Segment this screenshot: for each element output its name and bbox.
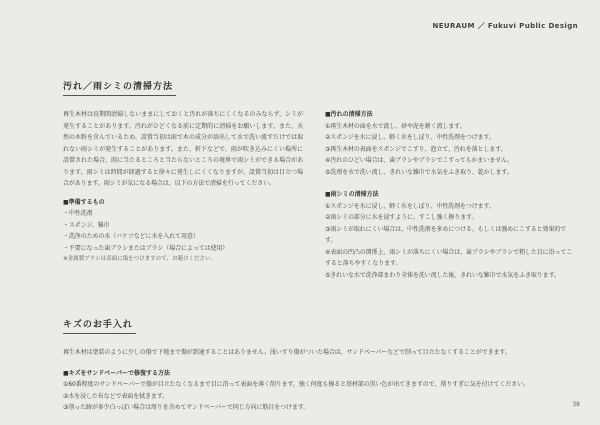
column-right: ■汚れの清掃方法 ①再生木材の面を水で流し、砂や泥を軽く流します。 ②スポンジを… [325,109,575,281]
section-title-cleaning: 汚れ／雨シミの清掃方法 [63,79,176,96]
list-item: ②スポンジを水に浸し、軽く水をしぼり、中性洗剤をつけます。 [325,132,575,144]
page-content: 汚れ／雨シミの清掃方法 再生木材は長期間清掃しないままにしておくと汚れが落ちにく… [63,74,575,414]
list-item: ⑤洗剤を水で洗い流し、きれいな雑巾で水気をふき取り、乾かします。 [325,167,575,179]
cleaning-intro-paragraph: 再生木材は長期間清掃しないままにしておくと汚れが落ちにくくなるのみならず、シミが… [63,109,303,190]
section-scratch-care: キズのお手入れ 再生木材は塗装のように少しの傷で下地まで傷が到達することはありま… [63,312,575,414]
section-title-scratch: キズのお手入れ [63,317,136,334]
list-item: ①60番程度のサンドペーパーで傷が目立たなくなるまで目に沿って表面を薄く削ります… [63,379,575,391]
list-item: ④表面の凹凸の関係上、雨シミが落ちにくい場合は、歯ブラシやブラシで粗した目に沿っ… [325,247,575,270]
page-number: 38 [572,401,580,408]
list-item: ③雨シミが取れにくい場合は、中性洗剤を多めにつける、もしくは強めにこすると効果的… [325,224,575,247]
list-item: ③再生木材の表面をスポンジでこすり、泡立て、汚れを落とします。 [325,144,575,156]
document-page: NEURAUM ／ Fukuvi Public Design 汚れ／雨シミの清掃… [0,0,600,425]
prepare-note: ※金属製ブラシは表面に傷をつけますので、お避けください。 [63,254,303,266]
rain-stain-method-heading: ■雨シミの清掃方法 [325,189,575,201]
list-item: ②水を浸した布などで表面を拭きます。 [63,391,575,403]
repair-method-heading: ■キズをサンドペーパーで修復する方法 [63,368,575,380]
list-item: ・中性洗剤 [63,208,303,220]
list-item: ①再生木材の面を水で流し、砂や泥を軽く流します。 [325,121,575,133]
list-item: ②雨シミの部分に水を浸すように、すこし強く擦ります。 [325,212,575,224]
list-item: ④汚れのひどい場合は、歯ブラシやブラシでこすってもかまいません。 [325,155,575,167]
list-item: ・不要になった歯ブラシまたはブラシ（場合によっては使用） [63,243,303,255]
list-item: ③削った跡が多少白っぽい場合は周りを含めてサンドペーパーで同じ方向に筋目をつけま… [63,402,575,414]
list-item: ⑤きれいな水で洗浄部まわり全体を洗い流した後、きれいな雑巾で水気をふき取ります。 [325,270,575,282]
column-left: 再生木材は長期間清掃しないままにしておくと汚れが落ちにくくなるのみならず、シミが… [63,109,303,281]
two-column-layout: 再生木材は長期間清掃しないままにしておくと汚れが落ちにくくなるのみならず、シミが… [63,109,575,281]
list-item: ①スポンジを水に浸し、軽く水をしぼり、中性洗剤をつけます。 [325,201,575,213]
list-item: ・スポンジ、雑巾 [63,220,303,232]
list-item: ・洗浄のための水（バケツなどに水を入れて用意） [63,231,303,243]
scratch-intro-paragraph: 再生木材は塗装のように少しの傷で下地まで傷が到達することはありません。浅いすり傷… [63,347,575,359]
dirt-method-heading: ■汚れの清掃方法 [325,109,575,121]
document-header-brand: NEURAUM ／ Fukuvi Public Design [432,21,578,31]
prepare-heading: ■準備するもの [63,197,303,209]
